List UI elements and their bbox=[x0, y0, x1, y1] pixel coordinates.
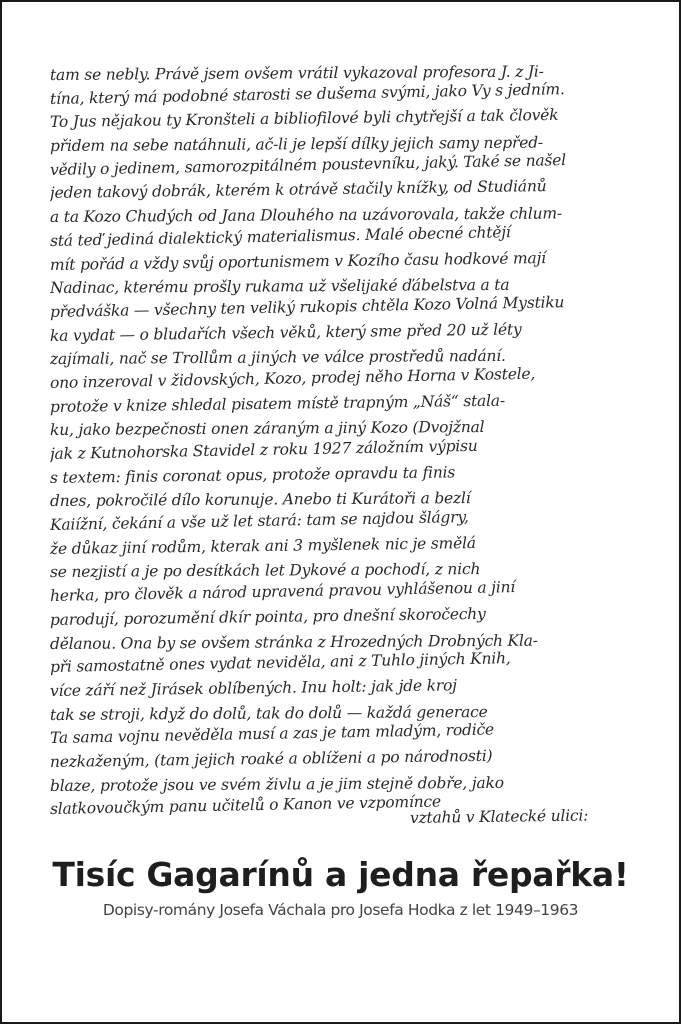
title-block: Tisíc Gagarínů a jedna řepařka! Dopisy-r… bbox=[2, 854, 679, 920]
book-title: Tisíc Gagarínů a jedna řepařka! bbox=[2, 854, 679, 896]
book-subtitle: Dopisy-romány Josefa Váchala pro Josefa … bbox=[2, 900, 679, 920]
handwritten-manuscript: tam se nebly. Právě jsem ovšem vrátil vy… bbox=[50, 64, 656, 836]
book-cover: tam se nebly. Právě jsem ovšem vrátil vy… bbox=[0, 0, 681, 1024]
